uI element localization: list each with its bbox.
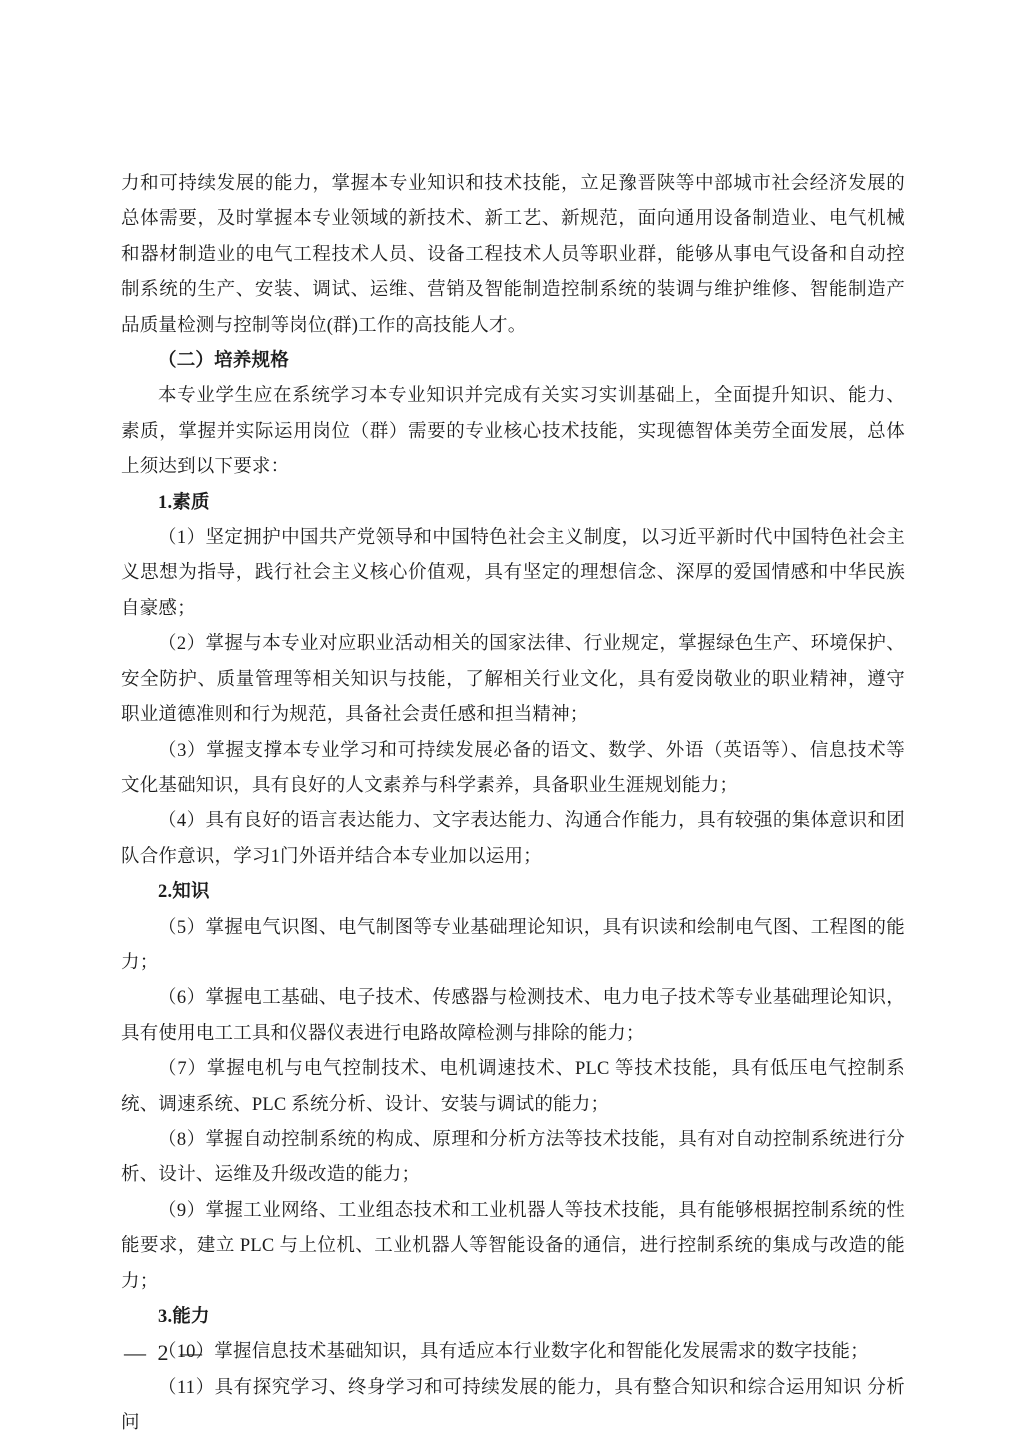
list-item-5: （5）掌握电气识图、电气制图等专业基础理论知识，具有识读和绘制电气图、工程图的能…	[121, 911, 905, 982]
list-item-11: （11）具有探究学习、终身学习和可持续发展的能力，具有整合知识和综合运用知识 分…	[121, 1371, 905, 1442]
page-content: 力和可持续发展的能力，掌握本专业知识和技术技能，立足豫晋陕等中部城市社会经济发展…	[121, 167, 905, 1442]
paragraph-continuation: 力和可持续发展的能力，掌握本专业知识和技术技能，立足豫晋陕等中部城市社会经济发展…	[121, 167, 905, 344]
list-item-3: （3）掌握支撑本专业学习和可持续发展必备的语文、数学、外语（英语等）、信息技术等…	[121, 734, 905, 805]
subsection-heading-zhishi: 2.知识	[121, 875, 905, 910]
paragraph-intro: 本专业学生应在系统学习本专业知识并完成有关实习实训基础上，全面提升知识、能力、素…	[121, 379, 905, 485]
list-item-9: （9）掌握工业网络、工业组态技术和工业机器人等技术技能，具有能够根据控制系统的性…	[121, 1194, 905, 1300]
document-page: 力和可持续发展的能力，掌握本专业知识和技术技能，立足豫晋陕等中部城市社会经济发展…	[0, 0, 1024, 1448]
subsection-heading-suzhi: 1.素质	[121, 486, 905, 521]
list-item-8: （8）掌握自动控制系统的构成、原理和分析方法等技术技能，具有对自动控制系统进行分…	[121, 1123, 905, 1194]
subsection-heading-nengli: 3.能力	[121, 1300, 905, 1335]
list-item-1: （1）坚定拥护中国共产党领导和中国特色社会主义制度，以习近平新时代中国特色社会主…	[121, 521, 905, 627]
list-item-6: （6）掌握电工基础、电子技术、传感器与检测技术、电力电子技术等专业基础理论知识，…	[121, 981, 905, 1052]
list-item-4: （4）具有良好的语言表达能力、文字表达能力、沟通合作能力，具有较强的集体意识和团…	[121, 804, 905, 875]
list-item-10: （10）掌握信息技术基础知识，具有适应本行业数字化和智能化发展需求的数字技能；	[121, 1335, 905, 1370]
section-heading-peiyang-guige: （二）培养规格	[121, 344, 905, 379]
page-number: — 2 —	[124, 1340, 205, 1366]
list-item-2: （2）掌握与本专业对应职业活动相关的国家法律、行业规定，掌握绿色生产、环境保护、…	[121, 627, 905, 733]
list-item-7: （7）掌握电机与电气控制技术、电机调速技术、PLC 等技术技能，具有低压电气控制…	[121, 1052, 905, 1123]
